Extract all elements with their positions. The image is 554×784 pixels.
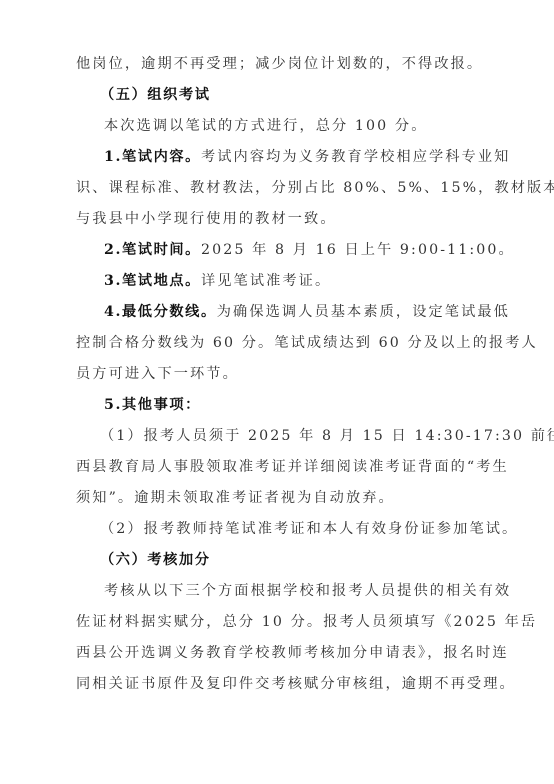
paragraph-line: 须知”。逾期未领取准考证者视为自动放弃。 <box>76 490 496 506</box>
paragraph-line: 员方可进入下一环节。 <box>76 366 496 382</box>
paragraph-line: 考核从以下三个方面根据学校和报考人员提供的相关有效 <box>104 583 524 599</box>
paragraph-line: 识、课程标准、教材教法，分别占比 80%、5%、15%，教材版本 <box>76 180 496 196</box>
paragraph-line: 西县教育局人事股领取准考证并详细阅读准考证背面的“考生 <box>76 459 496 475</box>
paragraph-line: 5.其他事项： <box>104 397 524 413</box>
section-heading: （六）考核加分 <box>100 552 520 568</box>
paragraph-line: （1）报考人员须于 2025 年 8 月 15 日 14:30-17:30 前往… <box>100 428 520 444</box>
paragraph-line: 同相关证书原件及复印件交考核赋分审核组，逾期不再受理。 <box>76 676 496 692</box>
section-heading: （五）组织考试 <box>100 87 520 103</box>
paragraph-line: 1.笔试内容。考试内容均为义务教育学校相应学科专业知 <box>104 149 524 165</box>
paragraph-line: （2）报考教师持笔试准考证和本人有效身份证参加笔试。 <box>100 521 520 537</box>
paragraph-line: 佐证材料据实赋分，总分 10 分。报考人员须填写《2025 年岳 <box>76 614 496 630</box>
paragraph-line: 他岗位，逾期不再受理；减少岗位计划数的，不得改报。 <box>76 56 496 72</box>
paragraph-line: 2.笔试时间。2025 年 8 月 16 日上午 9:00-11:00。 <box>104 242 524 258</box>
paragraph-line: 西县公开选调义务教育学校教师考核加分申请表》，报名时连 <box>76 645 496 661</box>
document-page: 他岗位，逾期不再受理；减少岗位计划数的，不得改报。 （五）组织考试 本次选调以笔… <box>0 0 554 784</box>
paragraph-line: 3.笔试地点。详见笔试准考证。 <box>104 273 524 289</box>
paragraph-line: 本次选调以笔试的方式进行，总分 100 分。 <box>104 118 524 134</box>
paragraph-line: 与我县中小学现行使用的教材一致。 <box>76 211 496 227</box>
paragraph-line: 4.最低分数线。为确保选调人员基本素质，设定笔试最低 <box>104 304 524 320</box>
paragraph-line: 控制合格分数线为 60 分。笔试成绩达到 60 分及以上的报考人 <box>76 335 496 351</box>
